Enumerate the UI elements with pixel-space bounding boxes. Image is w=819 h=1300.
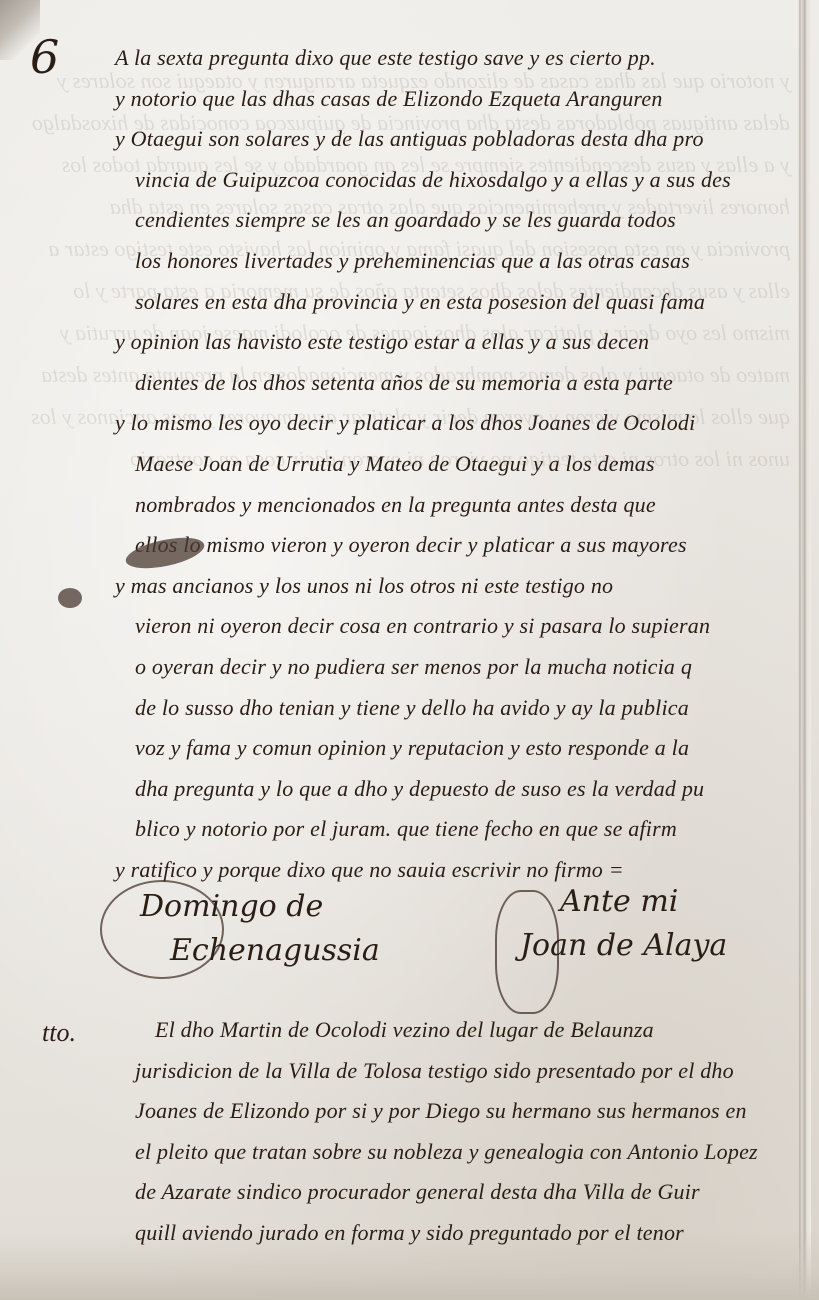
text-line: de Azarate sindico procurador general de… <box>115 1172 805 1213</box>
signature-line: Domingo de <box>100 885 380 929</box>
ink-blot <box>58 588 82 608</box>
text-line: cendientes siempre se les an goardado y … <box>115 200 805 241</box>
signature-line: Joan de Alaya <box>510 924 727 968</box>
text-line: de lo susso dho tenian y tiene y dello h… <box>115 688 805 729</box>
text-line: los honores livertades y preheminencias … <box>115 241 805 282</box>
margin-note-testigo: tto. <box>42 1018 76 1048</box>
text-line: nombrados y mencionados en la pregunta a… <box>115 485 805 526</box>
text-line: vincia de Guipuzcoa conocidas de hixosda… <box>115 160 805 201</box>
text-line: el pleito que tratan sobre su nobleza y … <box>115 1132 805 1173</box>
text-line: A la sexta pregunta dixo que este testig… <box>115 38 805 79</box>
text-line: jurisdicion de la Villa de Tolosa testig… <box>115 1051 805 1092</box>
text-line: blico y notorio por el juram. que tiene … <box>115 809 805 850</box>
text-line: y lo mismo les oyo decir y platicar a lo… <box>115 403 805 444</box>
text-line: ellos lo mismo vieron y oyeron decir y p… <box>115 525 805 566</box>
text-line: vieron ni oyeron decir cosa en contrario… <box>115 606 805 647</box>
text-line: Joanes de Elizondo por si y por Diego su… <box>115 1091 805 1132</box>
testimony-paragraph-2: El dho Martin de Ocolodi vezino del luga… <box>115 1010 805 1254</box>
text-line: El dho Martin de Ocolodi vezino del luga… <box>115 1010 805 1051</box>
text-line: quill aviendo jurado en forma y sido pre… <box>115 1213 805 1254</box>
notary-signature: Ante mi Joan de Alaya <box>510 880 727 968</box>
signature-line: Ante mi <box>510 880 727 924</box>
text-line: dha pregunta y lo que a dho y depuesto d… <box>115 769 805 810</box>
folio-number: 6 <box>30 30 59 84</box>
signature-block: Domingo de Echenagussia Ante mi Joan de … <box>100 880 800 1010</box>
text-line: o oyeran decir y no pudiera ser menos po… <box>115 647 805 688</box>
text-line: y Otaegui son solares y de las antiguas … <box>115 119 805 160</box>
text-line: solares en esta dha provincia y en esta … <box>115 282 805 323</box>
text-line: y notorio que las dhas casas de Elizondo… <box>115 79 805 120</box>
witness-signature: Domingo de Echenagussia <box>100 885 380 973</box>
text-line: y opinion las havisto este testigo estar… <box>115 322 805 363</box>
text-line: y mas ancianos y los unos ni los otros n… <box>115 566 805 607</box>
text-line: voz y fama y comun opinion y reputacion … <box>115 728 805 769</box>
text-line: Maese Joan de Urrutia y Mateo de Otaegui… <box>115 444 805 485</box>
manuscript-page: y notorio que las dhas casas de elizondo… <box>0 0 819 1300</box>
text-line: dientes de los dhos setenta años de su m… <box>115 363 805 404</box>
testimony-paragraph-1: A la sexta pregunta dixo que este testig… <box>115 38 805 890</box>
signature-line: Echenagussia <box>100 929 380 973</box>
